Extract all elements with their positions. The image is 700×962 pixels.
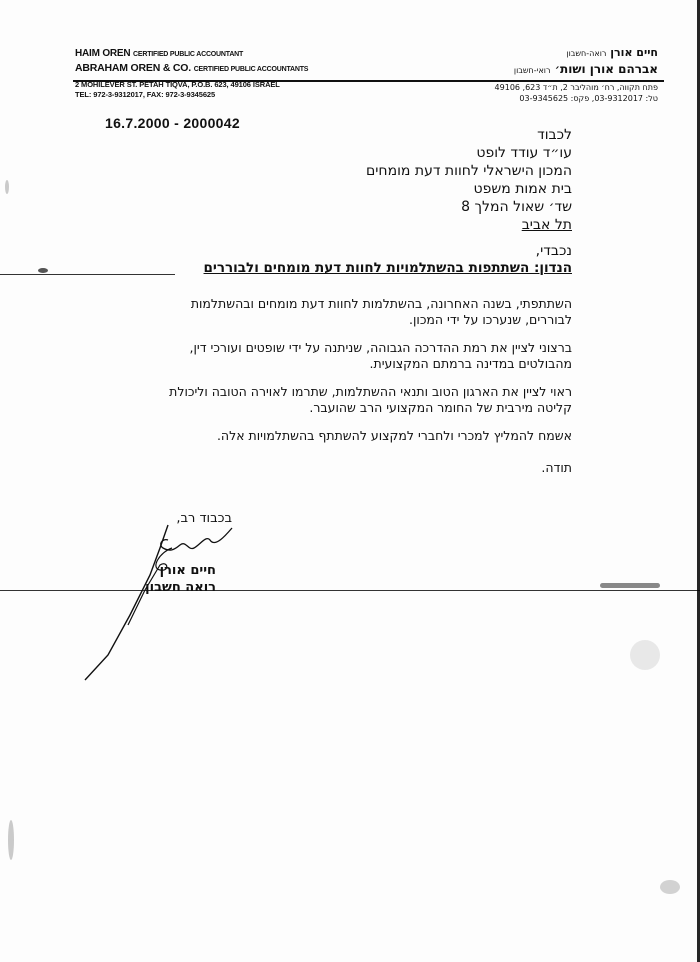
body-paragraph: תודה. xyxy=(152,460,572,476)
letterhead-en-title1: CERTIFIED PUBLIC ACCOUNTANT xyxy=(133,51,243,58)
letterhead-en-title2: CERTIFIED PUBLIC ACCOUNTANTS xyxy=(194,66,309,73)
recipient-line: המכון הישראלי לחוות דעת מומחים xyxy=(272,162,572,180)
recipient-line: לכבוד xyxy=(272,126,572,144)
letterhead-he-title1: רואה-חשבון xyxy=(566,49,606,58)
body-paragraph: ראוי לציין את הארגון הטוב ותנאי ההשתלמות… xyxy=(152,384,572,416)
letterhead-he-title2: רואי-חשבון xyxy=(514,66,551,75)
letterhead-en-address: 2 MOHILEVER ST. PETAH TIQVA, P.O.B. 623,… xyxy=(75,80,335,90)
recipient-line: בית אמות משפט xyxy=(272,180,572,198)
salutation: נכבדי, xyxy=(536,243,572,259)
letterhead-en-name2: ABRAHAM OREN & CO. xyxy=(75,62,191,74)
letterhead-en-contact: TEL: 972-3-9312017, FAX: 972-3-9345625 xyxy=(75,90,335,100)
signer-block: חיים אורן רואה חשבון xyxy=(145,562,216,596)
scanned-letter-page: HAIM OREN CERTIFIED PUBLIC ACCOUNTANT AB… xyxy=(0,0,700,962)
letterhead-divider xyxy=(73,80,664,82)
letterhead-he-line1: חיים אורן רואה-חשבון xyxy=(388,46,658,59)
signer-name: חיים אורן xyxy=(145,562,216,579)
scan-fold-line xyxy=(0,274,175,275)
recipient-block: לכבוד עו״ד עודד לופט המכון הישראלי לחוות… xyxy=(272,126,572,234)
scan-speck xyxy=(8,820,14,860)
scan-speck xyxy=(5,180,9,194)
letterhead-he-name1: חיים אורן xyxy=(610,46,658,59)
letterhead-en-line1: HAIM OREN CERTIFIED PUBLIC ACCOUNTANT xyxy=(75,48,335,59)
recipient-city: תל אביב xyxy=(272,216,572,234)
scan-speck xyxy=(600,583,660,588)
sign-off: בכבוד רב, xyxy=(176,511,232,526)
scan-fold-line xyxy=(0,590,700,591)
body-paragraph: השתתפתי, בשנה האחרונה, בהשתלמות לחוות דע… xyxy=(152,296,572,328)
body-paragraph: אשמח להמליץ למכרי ולחברי למקצוע להשתתף ב… xyxy=(152,428,572,444)
letterhead-he-contact: טל: 03-9312017, פקס: 03-9345625 xyxy=(388,93,658,104)
letterhead-en-address-block: 2 MOHILEVER ST. PETAH TIQVA, P.O.B. 623,… xyxy=(75,80,335,100)
letterhead-english: HAIM OREN CERTIFIED PUBLIC ACCOUNTANT AB… xyxy=(75,48,335,100)
letterhead-en-name1: HAIM OREN xyxy=(75,48,130,59)
scan-speck xyxy=(660,880,680,894)
signer-title: רואה חשבון xyxy=(145,579,216,596)
letterhead-en-line2: ABRAHAM OREN & CO. CERTIFIED PUBLIC ACCO… xyxy=(75,62,335,74)
recipient-line: עו״ד עודד לופט xyxy=(272,144,572,162)
body-paragraph: ברצוני לציין את רמת ההדרכה הגבוהה, שניתנ… xyxy=(152,340,572,372)
letterhead-he-name2: אברהם אורן ושות׳ xyxy=(555,62,658,76)
letterhead-he-line2: אברהם אורן ושות׳ רואי-חשבון xyxy=(388,62,658,76)
subject-line: הנדון: השתתפות בהשתלמויות לחוות דעת מומח… xyxy=(204,260,572,276)
letterhead-he-address: פתח תקווה, רח׳ מוהליבר 2, ת״ד 623, 49106 xyxy=(388,82,658,93)
letterhead-he-address-block: פתח תקווה, רח׳ מוהליבר 2, ת״ד 623, 49106… xyxy=(388,82,658,104)
scan-speck xyxy=(38,268,48,273)
scan-speck xyxy=(630,640,660,670)
recipient-line: שד׳ שאול המלך 8 xyxy=(272,198,572,216)
date-reference: 16.7.2000 - 2000042 xyxy=(105,115,240,131)
letterhead-hebrew: חיים אורן רואה-חשבון אברהם אורן ושות׳ רו… xyxy=(388,46,658,104)
